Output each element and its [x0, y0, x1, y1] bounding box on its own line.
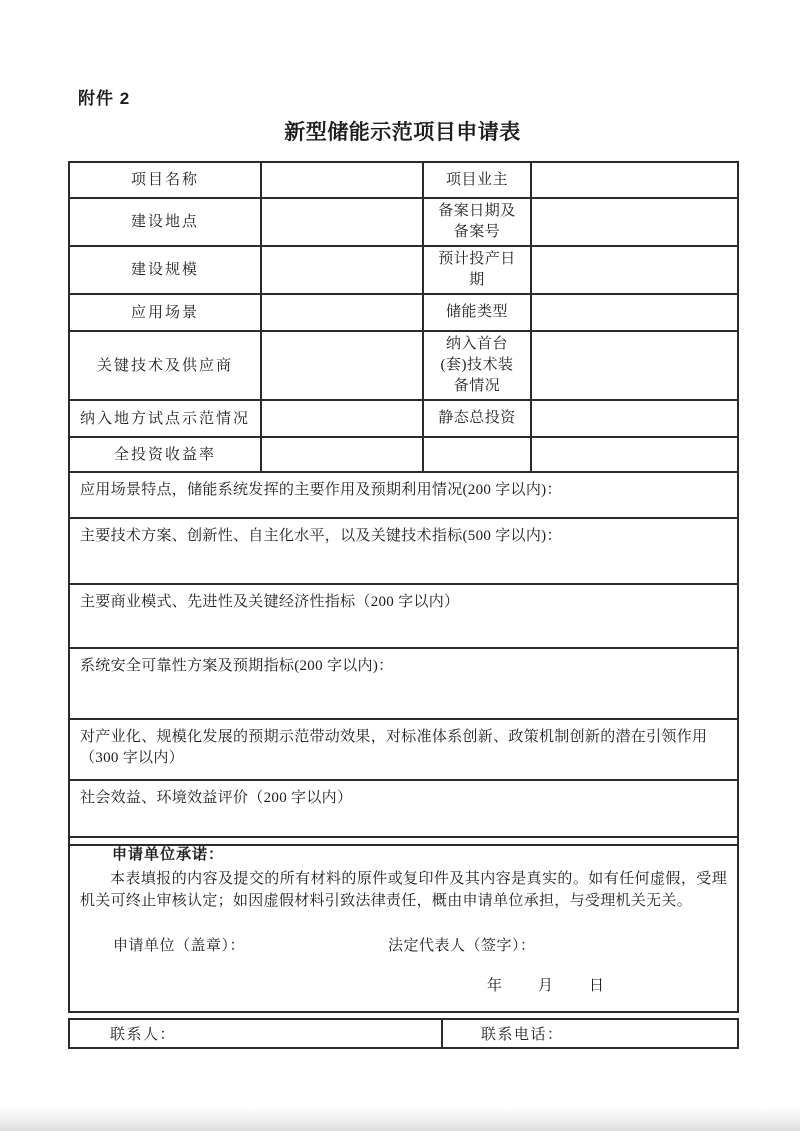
table-row: 全投资收益率 [69, 437, 738, 472]
table-row: 项目名称 项目业主 [69, 162, 738, 198]
table-row: 建设规模 预计投产日期 [69, 246, 738, 294]
field-label-record-date: 备案日期及备案号 [423, 198, 531, 246]
table-row: 应用场景 储能类型 [69, 294, 738, 331]
contact-phone-label: 联系电话： [442, 1019, 738, 1048]
table-row: 申请单位承诺： 本表填报的内容及提交的所有材料的原件或复印件及其内容是真实的。如… [69, 837, 738, 1012]
field-value-local-pilot [261, 400, 423, 437]
legal-representative-label: 法定代表人（签字）： [388, 934, 536, 955]
table-row: 建设地点 备案日期及备案号 [69, 198, 738, 246]
commitment-table: 申请单位承诺： 本表填报的内容及提交的所有材料的原件或复印件及其内容是真实的。如… [68, 836, 739, 1013]
commitment-body: 本表填报的内容及提交的所有材料的原件或复印件及其内容是真实的。如有任何虚假，受理… [80, 868, 727, 912]
section-technical-plan: 主要技术方案、创新性、自主化水平，以及关键技术指标(500 字以内)： [69, 518, 738, 584]
field-value-planned-operation-date [531, 246, 738, 294]
field-label-local-pilot: 纳入地方试点示范情况 [69, 400, 261, 437]
applicant-seal-label: 申请单位（盖章）： [113, 934, 245, 955]
contact-table: 联系人： 联系电话： [68, 1018, 739, 1049]
field-value-project-owner [531, 162, 738, 198]
section-business-model: 主要商业模式、先进性及关键经济性指标（200 字以内） [69, 584, 738, 648]
date-line: 年 月 日 [487, 974, 727, 995]
table-row: 联系人： 联系电话： [69, 1019, 738, 1048]
signature-row: 申请单位（盖章）： 法定代表人（签字）： [80, 934, 727, 953]
field-label-first-set-equipment: 纳入首台(套)技术装备情况 [423, 331, 531, 400]
field-label-storage-type: 储能类型 [423, 294, 531, 331]
field-value-first-set-equipment [531, 331, 738, 400]
commitment-cell: 申请单位承诺： 本表填报的内容及提交的所有材料的原件或复印件及其内容是真实的。如… [69, 837, 738, 1012]
table-row: 应用场景特点，储能系统发挥的主要作用及预期利用情况(200 字以内)： [69, 472, 738, 518]
field-label-static-investment: 静态总投资 [423, 400, 531, 437]
field-label-project-owner: 项目业主 [423, 162, 531, 198]
field-value-empty [531, 437, 738, 472]
field-label-empty [423, 437, 531, 472]
field-value-construction-scale [261, 246, 423, 294]
section-safety-reliability: 系统安全可靠性方案及预期指标(200 字以内)： [69, 648, 738, 719]
table-row: 纳入地方试点示范情况 静态总投资 [69, 400, 738, 437]
table-row: 主要技术方案、创新性、自主化水平，以及关键技术指标(500 字以内)： [69, 518, 738, 584]
form-title: 新型储能示范项目申请表 [68, 116, 737, 146]
application-info-table: 项目名称 项目业主 建设地点 备案日期及备案号 建设规模 预计投产日期 应用场景 [68, 161, 739, 846]
field-value-application-scenario [261, 294, 423, 331]
field-label-construction-site: 建设地点 [69, 198, 261, 246]
section-demonstration-effect: 对产业化、规模化发展的预期示范带动效果，对标准体系创新、政策机制创新的潜在引领作… [69, 719, 738, 780]
table-row: 对产业化、规模化发展的预期示范带动效果，对标准体系创新、政策机制创新的潜在引领作… [69, 719, 738, 780]
field-label-planned-operation-date: 预计投产日期 [423, 246, 531, 294]
section-scenario-features: 应用场景特点，储能系统发挥的主要作用及预期利用情况(200 字以内)： [69, 472, 738, 518]
table-row: 关键技术及供应商 纳入首台(套)技术装备情况 [69, 331, 738, 400]
field-value-record-date [531, 198, 738, 246]
table-row: 系统安全可靠性方案及预期指标(200 字以内)： [69, 648, 738, 719]
document-page: 附件 2 新型储能示范项目申请表 项目名称 项目业主 建设地点 备案日期及备案号… [0, 0, 800, 1131]
field-label-construction-scale: 建设规模 [69, 246, 261, 294]
field-value-key-technology [261, 331, 423, 400]
scan-shadow [0, 1107, 800, 1131]
contact-person-label: 联系人： [69, 1019, 442, 1048]
field-value-construction-site [261, 198, 423, 246]
field-label-application-scenario: 应用场景 [69, 294, 261, 331]
table-row: 主要商业模式、先进性及关键经济性指标（200 字以内） [69, 584, 738, 648]
field-value-project-name [261, 162, 423, 198]
commitment-heading: 申请单位承诺： [112, 846, 727, 865]
field-value-storage-type [531, 294, 738, 331]
field-label-project-name: 项目名称 [69, 162, 261, 198]
attachment-label: 附件 2 [78, 84, 130, 109]
field-label-key-technology: 关键技术及供应商 [69, 331, 261, 400]
field-value-total-return-rate [261, 437, 423, 472]
field-value-static-investment [531, 400, 738, 437]
field-label-total-return-rate: 全投资收益率 [69, 437, 261, 472]
